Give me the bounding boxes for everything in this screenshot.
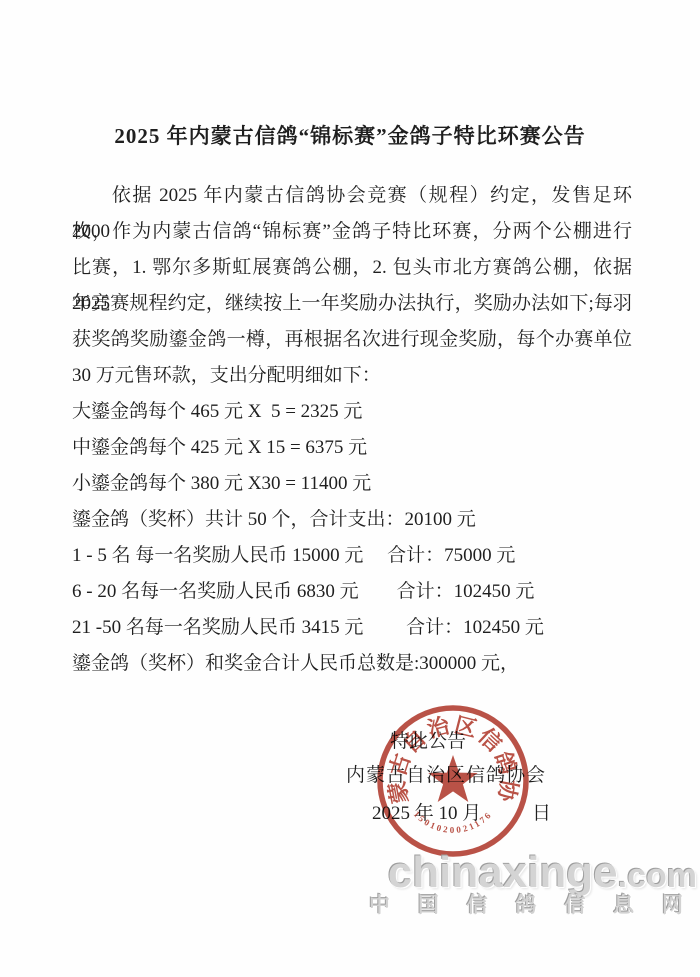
document-body: 依据 2025 年内蒙古信鸽协会竞赛（规程）约定，发售足环 2000 枚，作为内… — [72, 178, 632, 682]
watermark-tld: .com — [618, 857, 697, 895]
watermark-chinese: 中 国 信 鸽 信 息 网 — [369, 894, 694, 918]
page-title: 2025 年内蒙古信鸽“锦标赛”金鸽子特比环赛公告 — [0, 120, 700, 150]
body-line: 年竞赛规程约定，继续按上一年奖励办法执行，奖励办法如下;每羽 — [72, 286, 632, 322]
watermark-logo: chinaxinge.com — [388, 851, 697, 898]
body-line: 1 - 5 名 每一名奖励人民币 15000 元 合计：75000 元 — [72, 538, 632, 574]
body-line: 6 - 20 名每一名奖励人民币 6830 元 合计：102450 元 — [72, 574, 632, 610]
body-line: 30 万元售环款，支出分配明细如下： — [72, 358, 632, 394]
svg-text:1501020021176: 1501020021176 — [412, 809, 495, 835]
body-line: 获奖鸽奖励鎏金鸽一樽，再根据名次进行现金奖励，每个办赛单位 — [72, 322, 632, 358]
body-line: 比赛，1. 鄂尔多斯虹展赛鸽公棚，2. 包头市北方赛鸽公棚，依据 2025 — [72, 250, 632, 286]
seal-serial-number: 1501020021176 — [412, 809, 495, 835]
body-line: 鎏金鸽（奖杯）共计 50 个，合计支出：20100 元 — [72, 502, 632, 538]
body-line: 21 -50 名每一名奖励人民币 3415 元 合计：102450 元 — [72, 610, 632, 646]
watermark-domain: chinaxinge — [388, 848, 618, 897]
body-line: 大鎏金鸽每个 465 元 X 5 = 2325 元 — [72, 394, 632, 430]
body-line: 小鎏金鸽每个 380 元 X30 = 11400 元 — [72, 466, 632, 502]
official-seal: 内蒙古自治区信鸽协会 1501020021176 — [368, 696, 538, 866]
body-line: 中鎏金鸽每个 425 元 X 15 = 6375 元 — [72, 430, 632, 466]
body-line: 依据 2025 年内蒙古信鸽协会竞赛（规程）约定，发售足环 2000 — [72, 178, 632, 214]
body-line: 鎏金鸽（奖杯）和奖金合计人民币总数是:300000 元， — [72, 646, 632, 682]
announcement-document: 2025 年内蒙古信鸽“锦标赛”金鸽子特比环赛公告 依据 2025 年内蒙古信鸽… — [0, 0, 700, 977]
seal-star-icon — [428, 755, 477, 802]
body-line: 枚，作为内蒙古信鸽“锦标赛”金鸽子特比环赛，分两个公棚进行 — [72, 214, 632, 250]
